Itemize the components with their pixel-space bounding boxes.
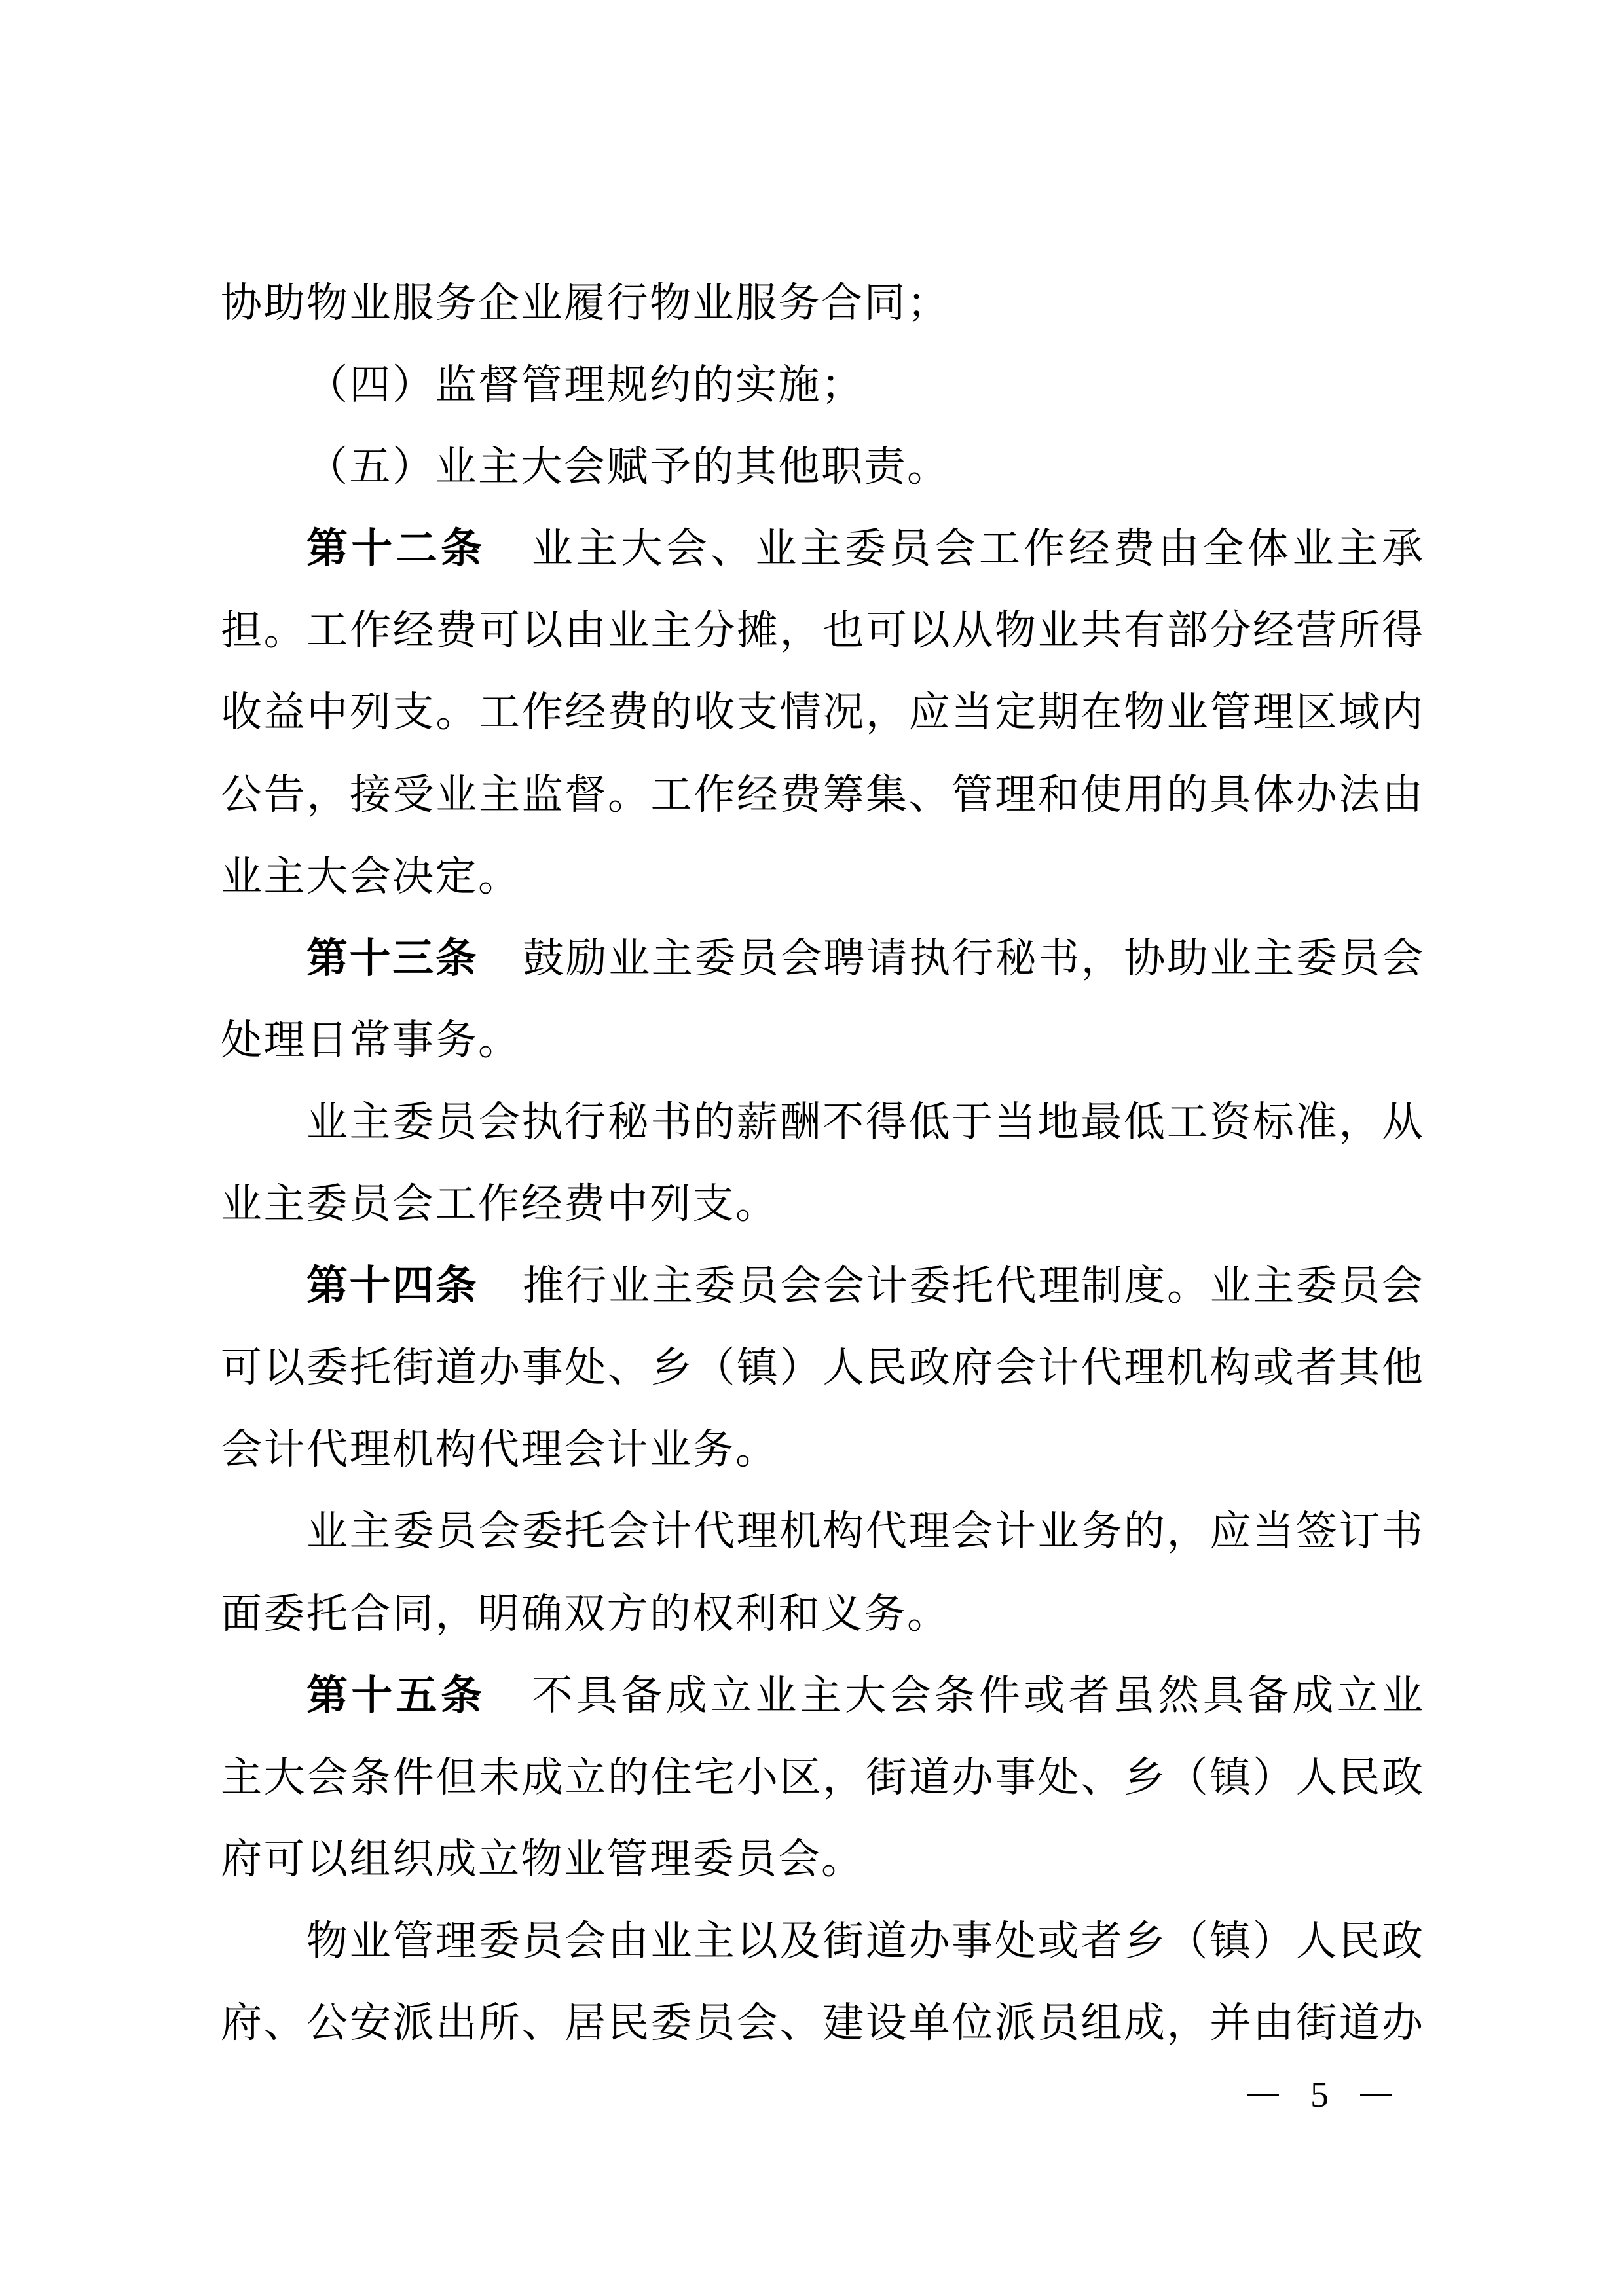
text-line-17: 面委托合同，明确双方的权利和义务。 <box>221 1573 1423 1654</box>
right-dash <box>1360 2094 1392 2096</box>
page-number-value: 5 <box>1310 2074 1329 2116</box>
list-item-4: （四）监督管理规约的实施； <box>221 344 1423 426</box>
article-14-text: 推行业主委员会会计委托代理制度。业主委员会 <box>521 1262 1423 1309</box>
page-number: 5 <box>1247 2069 1392 2121</box>
article-13-text: 鼓励业主委员会聘请执行秘书，协助业主委员会 <box>521 934 1423 982</box>
document-page: 协助物业服务企业履行物业服务合同； （四）监督管理规约的实施； （五）业主大会赋… <box>0 0 1624 2296</box>
article-14-line-1: 第十四条推行业主委员会会计委托代理制度。业主委员会 <box>221 1245 1423 1326</box>
text-line-7: 公告，接受业主监督。工作经费筹集、管理和使用的具体办法由 <box>221 754 1423 835</box>
text-line-5: 担。工作经费可以由业主分摊，也可以从物业共有部分经营所得 <box>221 589 1423 671</box>
body-text: 协助物业服务企业履行物业服务合同； （四）监督管理规约的实施； （五）业主大会赋… <box>221 262 1423 2064</box>
text-line-11: 业主委员会执行秘书的薪酬不得低于当地最低工资标准，从 <box>221 1081 1423 1163</box>
article-15-heading: 第十五条 <box>306 1671 485 1719</box>
article-12-line-1: 第十二条业主大会、业主委员会工作经费由全体业主承 <box>221 507 1423 589</box>
list-item-5: （五）业主大会赋予的其他职责。 <box>221 426 1423 507</box>
text-line-15: 会计代理机构代理会计业务。 <box>221 1408 1423 1490</box>
text-line-12: 业主委员会工作经费中列支。 <box>221 1163 1423 1245</box>
text-line-22: 府、公安派出所、居民委员会、建设单位派员组成，并由街道办 <box>221 1982 1423 2064</box>
article-15-line-1: 第十五条不具备成立业主大会条件或者虽然具备成立业 <box>221 1654 1423 1736</box>
article-12-heading: 第十二条 <box>306 524 485 572</box>
article-13-line-1: 第十三条鼓励业主委员会聘请执行秘书，协助业主委员会 <box>221 917 1423 999</box>
text-line-19: 主大会条件但未成立的住宅小区，街道办事处、乡（镇）人民政 <box>221 1736 1423 1818</box>
text-line-1: 协助物业服务企业履行物业服务合同； <box>221 262 1423 344</box>
text-line-6: 收益中列支。工作经费的收支情况，应当定期在物业管理区域内 <box>221 671 1423 753</box>
text-line-8: 业主大会决定。 <box>221 835 1423 917</box>
text-line-21: 物业管理委员会由业主以及街道办事处或者乡（镇）人民政 <box>221 1900 1423 1982</box>
text-line-14: 可以委托街道办事处、乡（镇）人民政府会计代理机构或者其他 <box>221 1326 1423 1408</box>
article-14-heading: 第十四条 <box>306 1262 478 1309</box>
text-line-10: 处理日常事务。 <box>221 999 1423 1081</box>
article-13-heading: 第十三条 <box>306 934 478 982</box>
article-12-text: 业主大会、业主委员会工作经费由全体业主承 <box>528 524 1423 572</box>
left-dash <box>1247 2094 1279 2096</box>
text-line-16: 业主委员会委托会计代理机构代理会计业务的，应当签订书 <box>221 1490 1423 1572</box>
text-line-20: 府可以组织成立物业管理委员会。 <box>221 1818 1423 1900</box>
article-15-text: 不具备成立业主大会条件或者虽然具备成立业 <box>528 1671 1423 1719</box>
